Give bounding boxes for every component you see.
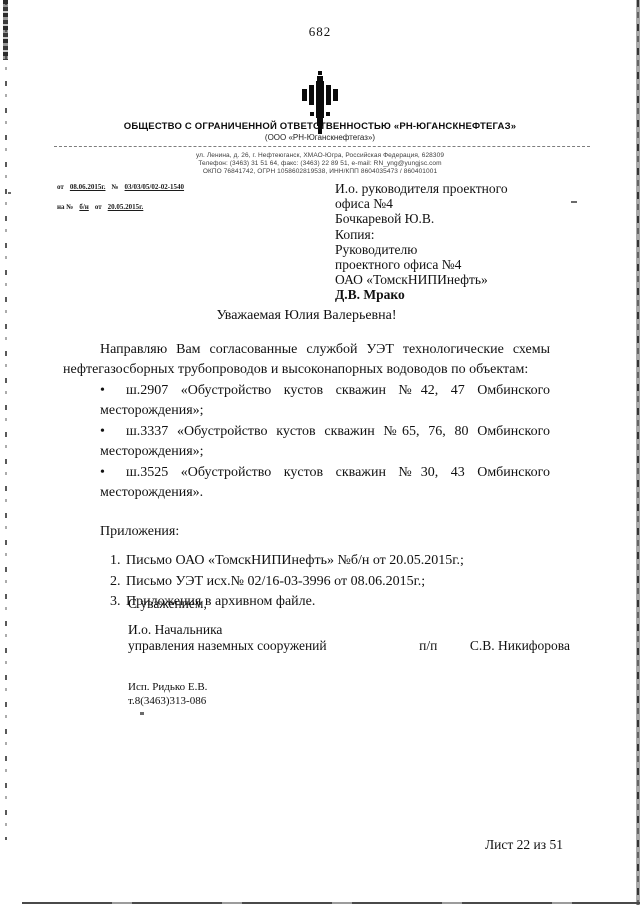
page-number: 682 xyxy=(0,24,640,40)
executor-name: Исп. Ридько Е.В. xyxy=(128,681,207,695)
attachments-title: Приложения: xyxy=(100,522,550,543)
in-ref-number: б/н xyxy=(75,203,92,211)
sheet-counter: Лист 22 из 51 xyxy=(485,837,563,853)
company-address: ул. Ленина, д. 26, г. Нефтеюганск, ХМАО-… xyxy=(0,152,640,160)
attachment-item: Письмо ОАО «ТомскНИПИнефть» №б/н от 20.0… xyxy=(124,551,550,572)
company-registration-codes: ОКПО 76841742, ОГРН 1058602819538, ИНН/К… xyxy=(0,168,640,176)
recipient-line: проектного офиса №4 xyxy=(335,257,508,272)
out-ref-label: от xyxy=(57,183,64,191)
scan-speck xyxy=(140,712,144,715)
recipient-line: ОАО «ТомскНИПИнефть» xyxy=(335,272,508,287)
recipient-line: Бочкаревой Ю.В. xyxy=(335,211,508,226)
outgoing-reference: от08.06.2015г.№03/03/05/02-02-1540 xyxy=(57,183,190,191)
bullet-item: ш.3525 «Обустройство кустов скважин №30,… xyxy=(100,463,550,504)
signer-position-line1: И.о. Начальника xyxy=(128,622,570,638)
signer-name: С.В. Никифорова xyxy=(470,638,570,654)
bullet-item: ш.3337 «Обустройство кустов скважин №65,… xyxy=(100,422,550,463)
recipient-block: И.о. руководителя проектного офиса №4 Бо… xyxy=(335,181,508,303)
company-name: ОБЩЕСТВО С ОГРАНИЧЕННОЙ ОТВЕТСТВЕННОСТЬЮ… xyxy=(0,121,640,132)
scan-speck xyxy=(8,192,11,194)
signature-pp-mark: п/п xyxy=(419,638,437,654)
incoming-reference: на №б/нот20.05.2015г. xyxy=(57,203,190,211)
recipient-line: И.о. руководителя проектного xyxy=(335,181,508,196)
salutation: Уважаемая Юлия Валерьевна! xyxy=(63,306,550,327)
letter-body: Уважаемая Юлия Валерьевна! Направляю Вам… xyxy=(63,306,550,613)
recipient-line: офиса №4 xyxy=(335,196,508,211)
recipient-name: Д.В. Мрако xyxy=(335,287,508,302)
bullet-item: ш.2907 «Обустройство кустов скважин №42,… xyxy=(100,381,550,422)
closing-phrase: С уважением, xyxy=(128,596,570,612)
letterhead-divider xyxy=(54,146,590,147)
scanned-letter-page: 682 ОБЩЕСТВО С ОГРАНИЧЕННОЙ ОТВЕТСТВЕННО… xyxy=(0,0,640,905)
out-ref-number-label: № xyxy=(112,183,119,191)
recipient-line: Руководителю xyxy=(335,242,508,257)
in-ref-label: на № xyxy=(57,203,73,211)
executor-block: Исп. Ридько Е.В. т.8(3463)313-086 xyxy=(128,681,207,708)
signer-position-line2: управления наземных сооружений xyxy=(128,638,327,654)
in-ref-from-label: от xyxy=(95,203,102,211)
attachment-item: Письмо УЭТ исх.№ 02/16-03-3996 от 08.06.… xyxy=(124,572,550,593)
executor-phone: т.8(3463)313-086 xyxy=(128,695,207,709)
reference-block: от08.06.2015г.№03/03/05/02-02-1540 на №б… xyxy=(57,183,190,223)
out-ref-number: 03/03/05/02-02-1540 xyxy=(121,183,189,191)
out-ref-date: 08.06.2015г. xyxy=(66,183,110,191)
scan-speck xyxy=(571,201,577,203)
company-short-name: (ООО «РН-Юганскнефтегаз») xyxy=(0,133,640,142)
signature-block: С уважением, И.о. Начальника управления … xyxy=(128,596,570,654)
signature-row: управления наземных сооружений п/п С.В. … xyxy=(128,638,570,654)
scan-artifact-bottom-edge xyxy=(22,902,640,904)
in-ref-date: 20.05.2015г. xyxy=(104,203,148,211)
recipient-line: Копия: xyxy=(335,227,508,242)
company-contacts: Телефон: (3463) 31 51 64, факс: (3463) 2… xyxy=(0,160,640,168)
body-paragraph: Направляю Вам согласованные службой УЭТ … xyxy=(63,340,550,381)
